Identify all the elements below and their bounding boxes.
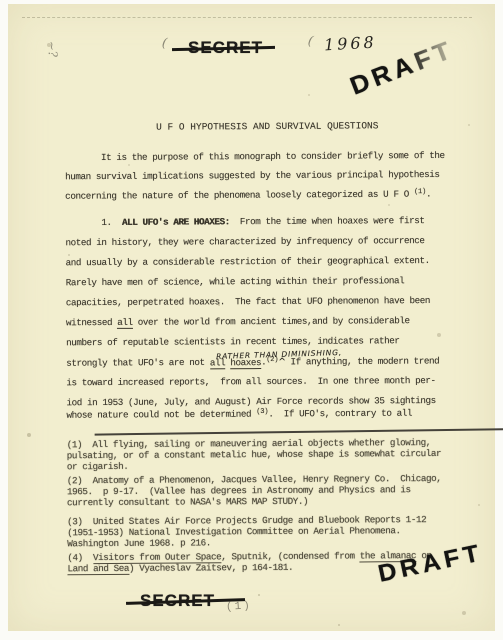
intro-line: human survival implications suggested by…: [65, 169, 445, 190]
pen-mark-squiggle: ~?: [44, 40, 60, 58]
body-line: whose nature could not be determined (3)…: [66, 406, 439, 420]
pen-mark: (: [307, 34, 315, 50]
document-page: ( ( ~? SECRET 1968 DRAFT U F O HYPOTHESI…: [8, 4, 495, 631]
footnote-line: currently consultant to NASA's MARS MAP …: [67, 495, 441, 508]
intro-line: concerning the nature of the phenomena l…: [65, 188, 445, 209]
footnote-marker: (4): [67, 552, 93, 563]
underlined-text: Land and Sea: [67, 563, 129, 575]
footnote-line: Washington June 1968. p 216.: [67, 536, 426, 549]
intro-line-text: concerning the nature of the phenomena l…: [65, 189, 414, 202]
section-1-paragraph: 1. ALL UFO's ARE HOAXES: From the time w…: [65, 215, 439, 420]
underlined-word: all: [117, 317, 132, 329]
strikethrough-classification: SECRET: [188, 38, 263, 58]
body-line: and usually by a considerable restrictio…: [66, 255, 439, 277]
footnote-ref-1: (1): [414, 188, 426, 196]
body-line: noted in history, they were characterize…: [65, 235, 438, 257]
footnote-text: ) Vyacheslav Zaitsev, p 164-181.: [129, 562, 293, 574]
body-line-text: whose nature could not be determined: [66, 408, 256, 420]
intro-line-text: .: [426, 188, 431, 199]
body-line: Rarely have men of science, while acting…: [66, 275, 439, 297]
footnote-1: (1) All flying, sailing or maneuvering a…: [67, 437, 442, 472]
footnote-line: or cigarish.: [67, 459, 441, 472]
secret-stamp-top: SECRET: [188, 38, 263, 58]
intro-line: It is the purpose of this monograph to c…: [65, 150, 445, 171]
pen-mark: (: [161, 36, 168, 52]
typewritten-content: U F O HYPOTHESIS AND SURVIVAL QUESTIONS …: [64, 3, 469, 5]
footnote-ref-3: (3): [256, 407, 268, 415]
noise-speckles: [8, 4, 10, 6]
body-line: capacities, perpetrated hoaxes. The fact…: [66, 295, 439, 317]
document-title: U F O HYPOTHESIS AND SURVIVAL QUESTIONS: [65, 120, 470, 133]
secret-stamp-bottom: SECRET: [140, 591, 215, 611]
section-number: 1.: [101, 217, 122, 228]
body-line: is toward increased reports, from all so…: [66, 375, 439, 397]
body-line-text: From the time when hoaxes were first: [230, 215, 425, 227]
body-line-text: strongly that UFO's are not: [66, 357, 210, 369]
body-line-text: witnessed: [66, 317, 117, 328]
single-spaced-lines: iod in 1953 (June, July, and August) Air…: [66, 395, 439, 420]
footnote-2: (2) Anatomy of a Phenomenon, Jacques Val…: [67, 473, 442, 508]
body-line-text: over the world from ancient times,and by…: [133, 315, 410, 328]
body-line: 1. ALL UFO's ARE HOAXES: From the time w…: [65, 215, 438, 237]
handwritten-year: 1968: [324, 33, 378, 55]
footnote-divider: [95, 428, 503, 436]
footnote-line: (1951-1953) National Investigation Commi…: [67, 525, 426, 538]
scanned-document: ( ( ~? SECRET 1968 DRAFT U F O HYPOTHESI…: [0, 0, 503, 640]
strikethrough-classification: SECRET: [140, 591, 215, 611]
scan-artifact-line: [22, 17, 472, 18]
footnote-line: pulsating, or of a constant metalic hue,…: [67, 448, 441, 461]
body-line: witnessed all over the world from ancien…: [66, 315, 439, 337]
intro-paragraph: It is the purpose of this monograph to c…: [65, 150, 445, 209]
footnote-text: , Sputnik, (condensed from: [221, 550, 360, 562]
section-heading: ALL UFO's ARE HOAXES:: [122, 216, 230, 228]
page-number: (1): [226, 600, 253, 614]
body-line-text: . If UFO's, contrary to all: [268, 407, 412, 419]
footnote-3: (3) United States Air Force Projects Gru…: [67, 514, 426, 549]
